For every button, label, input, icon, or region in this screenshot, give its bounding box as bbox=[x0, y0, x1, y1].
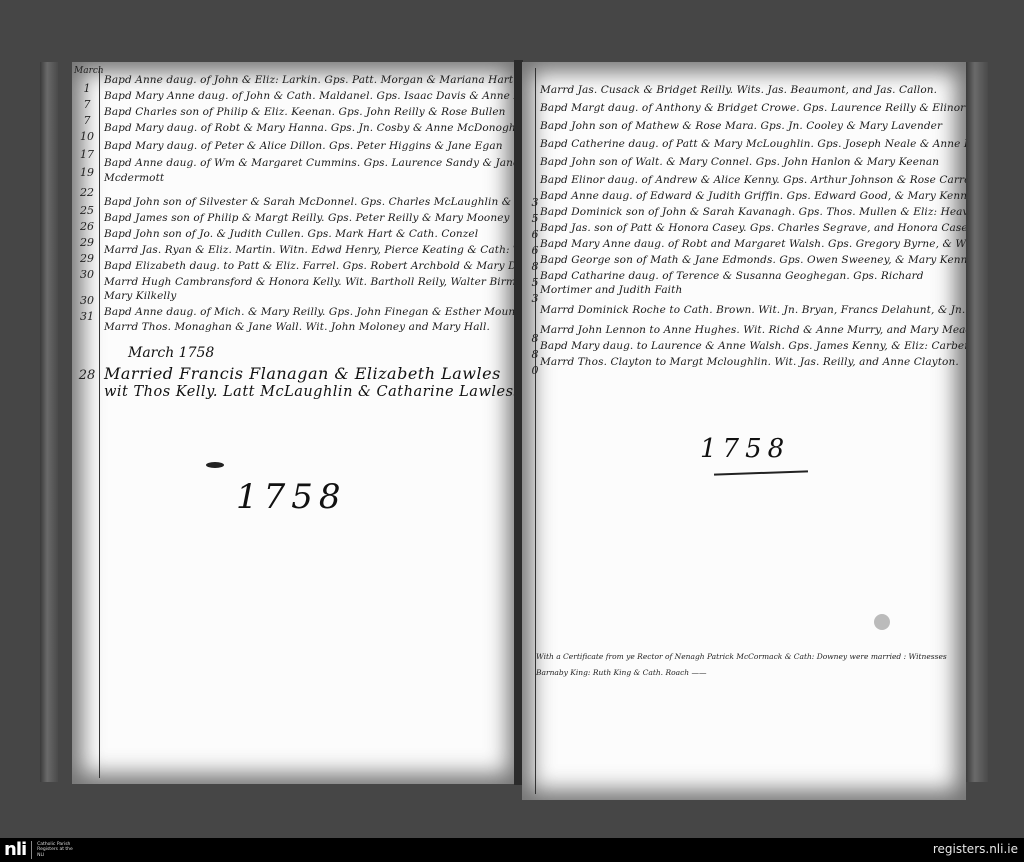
register-entry: Bapd Margt daug. of Anthony & Bridget Cr… bbox=[540, 102, 966, 114]
register-entry: Bapd Elizabeth daug. to Patt & Eliz. Far… bbox=[104, 260, 518, 272]
marriage-witnesses: wit Thos Kelly. Latt McLaughlin & Cathar… bbox=[104, 384, 518, 400]
register-entry: Bapd Mary daug. to Laurence & Anne Walsh… bbox=[540, 340, 966, 352]
date: 29 bbox=[74, 236, 100, 249]
register-entry: Bapd Charles son of Philip & Eliz. Keena… bbox=[104, 106, 506, 118]
margin-rule bbox=[535, 68, 536, 794]
marriage-entry: Married Francis Flanagan & Elizabeth Law… bbox=[104, 364, 501, 383]
right-page: 3 5 6 6 8 5 3 8 8 0 Marrd Jas. Cusack & … bbox=[522, 62, 966, 800]
date: 17 bbox=[74, 148, 100, 161]
register-entry: Bapd John son of Jo. & Judith Cullen. Gp… bbox=[104, 228, 478, 240]
register-entry: Bapd John son of Mathew & Rose Mara. Gps… bbox=[540, 120, 942, 132]
register-entry: Marrd Thos. Monaghan & Jane Wall. Wit. J… bbox=[104, 321, 490, 333]
register-entry: Mortimer and Judith Faith bbox=[540, 284, 682, 296]
register-entry: Bapd Elinor daug. of Andrew & Alice Kenn… bbox=[540, 174, 966, 186]
register-entry: Marrd Dominick Roche to Cath. Brown. Wit… bbox=[540, 304, 966, 316]
year-underline bbox=[714, 470, 808, 475]
date: 19 bbox=[74, 166, 100, 179]
register-entry: Marrd Thos. Clayton to Margt Mcloughlin.… bbox=[540, 356, 959, 368]
register-scan: March 1 7 7 10 17 19 22 25 26 29 29 30 3… bbox=[0, 0, 1024, 838]
logo-caption: Catholic Parish Registers at the NLI bbox=[37, 842, 77, 859]
register-entry: Bapd Mary Anne daug. of Robt and Margare… bbox=[540, 238, 966, 250]
register-entry: Bapd Anne daug. of Mich. & Mary Reilly. … bbox=[104, 306, 518, 318]
certificate-note: With a Certificate from ye Rector of Nen… bbox=[536, 652, 947, 661]
site-link[interactable]: registers.nli.ie bbox=[933, 842, 1018, 856]
month-label: March bbox=[74, 66, 100, 76]
nli-logo[interactable]: nli Catholic Parish Registers at the NLI bbox=[4, 840, 77, 860]
register-entry: Bapd Mary daug. of Peter & Alice Dillon.… bbox=[104, 140, 503, 152]
register-entry: Bapd John son of Walt. & Mary Connel. Gp… bbox=[540, 156, 939, 168]
register-entry: Bapd Dominick son of John & Sarah Kavana… bbox=[540, 206, 966, 218]
date: 31 bbox=[74, 310, 100, 323]
date: 7 bbox=[74, 98, 100, 111]
date: 26 bbox=[74, 220, 100, 233]
register-entry: Bapd Jas. son of Patt & Honora Casey. Gp… bbox=[540, 222, 966, 234]
viewer-footer: nli Catholic Parish Registers at the NLI… bbox=[0, 838, 1024, 862]
year-annotation: 1758 bbox=[700, 434, 790, 464]
register-entry: Bapd Mary Anne daug. of John & Cath. Mal… bbox=[104, 90, 518, 102]
date: 28 bbox=[74, 368, 100, 383]
register-entry: Bapd Anne daug. of Edward & Judith Griff… bbox=[540, 190, 966, 202]
nli-logo-mark: nli bbox=[4, 840, 26, 860]
date: 1 bbox=[74, 82, 100, 95]
register-entry: Bapd John son of Silvester & Sarah McDon… bbox=[104, 196, 518, 208]
date: 30 bbox=[74, 294, 100, 307]
register-entry: Bapd Catharine daug. of Terence & Susann… bbox=[540, 270, 924, 282]
date: 7 bbox=[74, 114, 100, 127]
register-entry: Mary Kilkelly bbox=[104, 290, 176, 302]
register-entry: Marrd John Lennon to Anne Hughes. Wit. R… bbox=[540, 324, 966, 336]
register-entry: Bapd Anne daug. of Wm & Margaret Cummins… bbox=[104, 157, 518, 169]
date: 10 bbox=[74, 130, 100, 143]
register-entry: Bapd George son of Math & Jane Edmonds. … bbox=[540, 254, 966, 266]
register-entry: Marrd Hugh Cambransford & Honora Kelly. … bbox=[104, 276, 518, 288]
register-entry: Bapd Anne daug. of John & Eliz: Larkin. … bbox=[104, 74, 517, 86]
paper-stain bbox=[874, 614, 890, 630]
book-edge bbox=[40, 62, 58, 782]
register-entry: Marrd Jas. Cusack & Bridget Reilly. Wits… bbox=[540, 84, 937, 96]
date: 30 bbox=[74, 268, 100, 281]
logo-divider bbox=[31, 841, 32, 859]
section-heading: March 1758 bbox=[128, 345, 214, 361]
year-annotation: 1758 bbox=[236, 477, 347, 517]
register-entry: Bapd James son of Philip & Margt Reilly.… bbox=[104, 212, 510, 224]
left-page: March 1 7 7 10 17 19 22 25 26 29 29 30 3… bbox=[72, 62, 518, 784]
register-entry: Bapd Catherine daug. of Patt & Mary McLo… bbox=[540, 138, 966, 150]
book-edge-right bbox=[966, 62, 988, 782]
register-entry: Mcdermott bbox=[104, 172, 164, 184]
register-entry: Marrd Jas. Ryan & Eliz. Martin. Witn. Ed… bbox=[104, 244, 518, 256]
ink-blot bbox=[206, 462, 224, 468]
register-entry: Bapd Mary daug. of Robt & Mary Hanna. Gp… bbox=[104, 122, 516, 134]
certificate-note: Barnaby King: Ruth King & Cath. Roach —— bbox=[536, 668, 707, 677]
date: 22 bbox=[74, 186, 100, 199]
date: 25 bbox=[74, 204, 100, 217]
date: 29 bbox=[74, 252, 100, 265]
